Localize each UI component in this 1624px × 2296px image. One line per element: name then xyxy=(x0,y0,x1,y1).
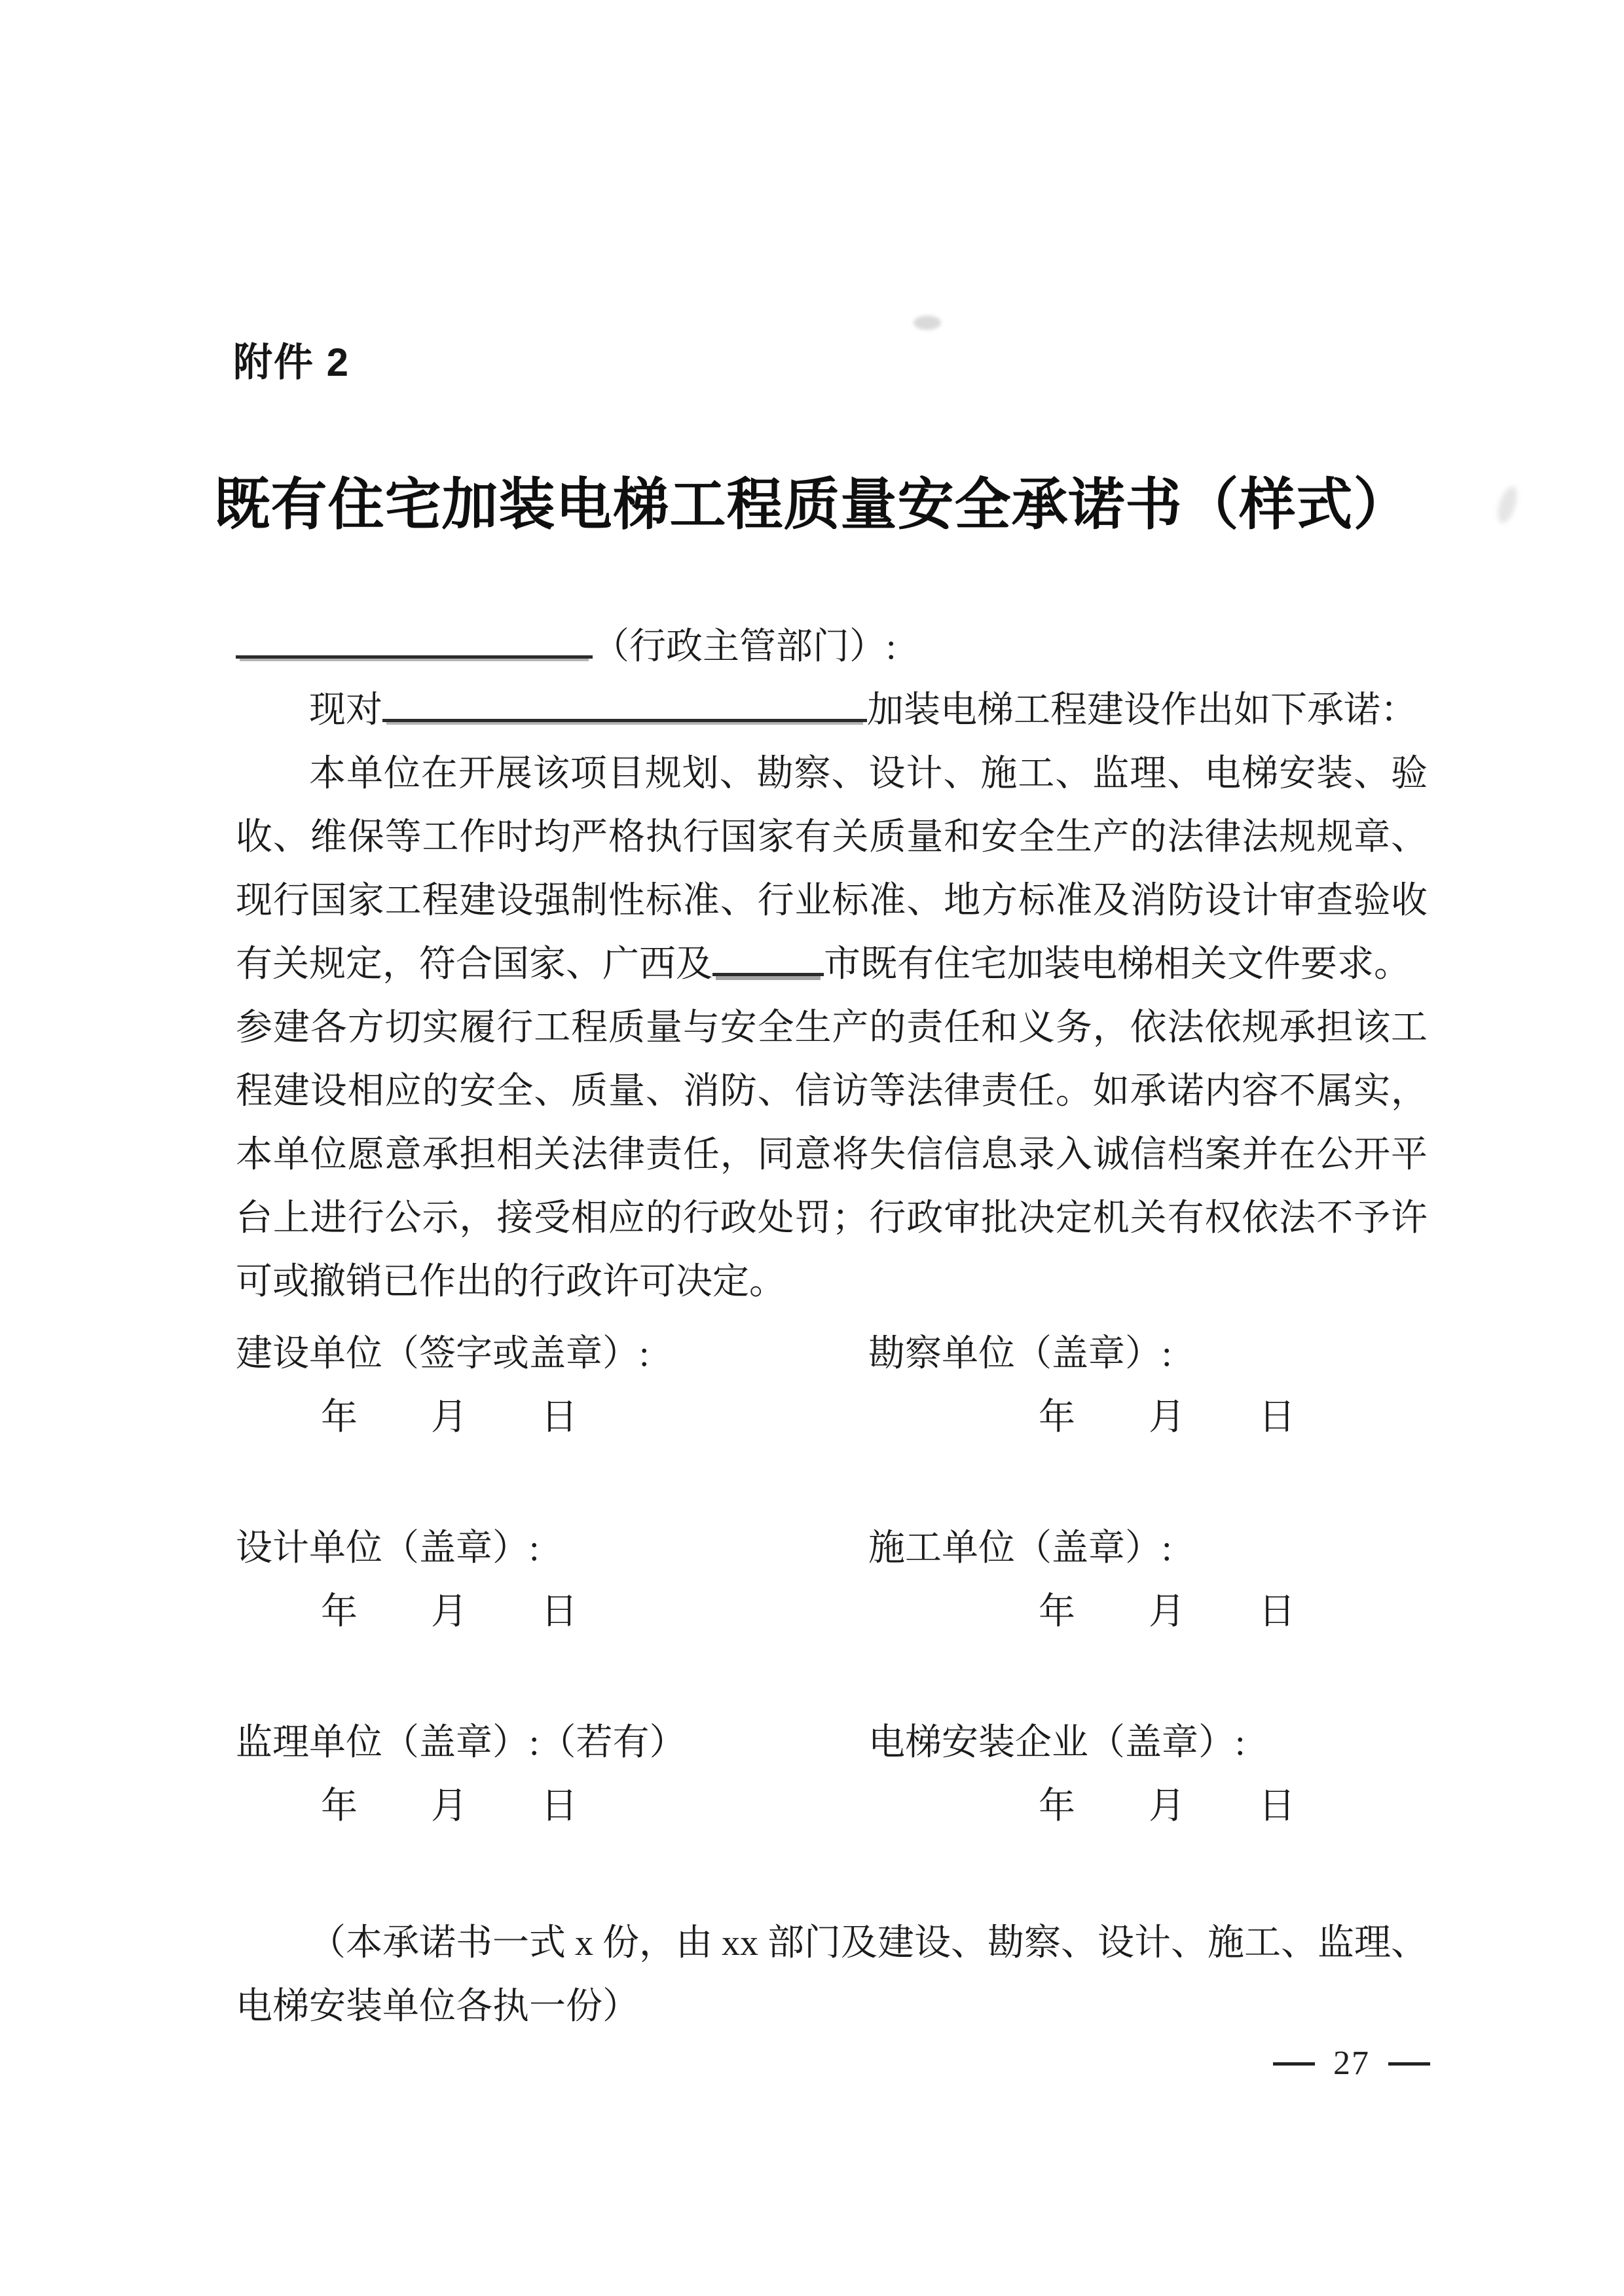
paragraph-line: 本单位在开展该项目规划、勘察、设计、施工、监理、电梯安装、验 xyxy=(236,742,1428,806)
paragraph-line: 本单位愿意承担相关法律责任，同意将失信信息录入诚信档案并在公开平 xyxy=(236,1123,1428,1187)
signature-label-row: 建设单位（签字或盖章）: 勘察单位（盖章）: xyxy=(236,1322,1428,1386)
project-name-blank-field xyxy=(382,681,867,722)
city-line-post: 市既有住宅加装电梯相关文件要求。 xyxy=(824,944,1411,985)
signature-date-row: 年 月 日 年 月 日 xyxy=(236,1386,1428,1449)
signature-block-design-builder: 设计单位（盖章）: 施工单位（盖章）: 年 月 日 年 月 日 xyxy=(236,1517,1428,1644)
signature-section: 建设单位（签字或盖章）: 勘察单位（盖章）: 年 月 日 年 月 日 设计单位（… xyxy=(236,1322,1428,1906)
signature-block-construction-survey: 建设单位（签字或盖章）: 勘察单位（盖章）: 年 月 日 年 月 日 xyxy=(236,1322,1428,1449)
commitment-line: 现对加装电梯工程建设作出如下承诺： xyxy=(236,679,1428,742)
paragraph-line: 现行国家工程建设强制性标准、行业标准、地方标准及消防设计审查验收 xyxy=(236,869,1428,933)
addressee-blank-field xyxy=(236,617,593,659)
supervision-unit-label: 监理单位（盖章）:（若有） xyxy=(236,1711,868,1775)
scan-artifact xyxy=(1494,484,1521,526)
page-number-value: 27 xyxy=(1333,2047,1370,2081)
paragraph-line: 参建各方切实履行工程质量与安全生产的责任和义务，依法依规承担该工 xyxy=(236,996,1428,1060)
elevator-installer-label: 电梯安装企业（盖章）: xyxy=(868,1711,1428,1775)
document-body: （行政主管部门）: 现对加装电梯工程建设作出如下承诺： 本单位在开展该项目规划、… xyxy=(236,615,1428,1314)
attachment-label: 附件 2 xyxy=(233,331,350,394)
commitment-prefix: 现对 xyxy=(309,690,382,731)
construction-unit-label: 建设单位（签字或盖章）: xyxy=(236,1322,868,1386)
design-unit-label: 设计单位（盖章）: xyxy=(236,1517,868,1580)
signature-block-supervision-elevator: 监理单位（盖章）:（若有） 电梯安装企业（盖章）: 年 月 日 年 月 日 xyxy=(236,1711,1428,1838)
page-number: 27 xyxy=(1273,2047,1430,2081)
signature-label-row: 监理单位（盖章）:（若有） 电梯安装企业（盖章）: xyxy=(236,1711,1428,1775)
signature-date-row: 年 月 日 年 月 日 xyxy=(236,1580,1428,1644)
paragraph-last-line: 可或撤销已作出的行政许可决定。 xyxy=(236,1250,1428,1314)
addressee-label: （行政主管部门）: xyxy=(593,627,896,667)
addressee-line: （行政主管部门）: xyxy=(236,615,1428,679)
document-page: 附件 2 既有住宅加装电梯工程质量安全承诺书（样式） （行政主管部门）: 现对加… xyxy=(0,0,1624,2296)
footer-note: （本承诺书一式 x 份，由 xx 部门及建设、勘察、设计、施工、监理、 电梯安装… xyxy=(236,1912,1428,2039)
survey-unit-label: 勘察单位（盖章）: xyxy=(868,1322,1428,1386)
document-title: 既有住宅加装电梯工程质量安全承诺书（样式） xyxy=(210,466,1414,543)
paragraph-line: 程建设相应的安全、质量、消防、信访等法律责任。如承诺内容不属实， xyxy=(236,1060,1428,1123)
footer-note-line: 电梯安装单位各执一份） xyxy=(236,1975,1428,2039)
signature-label-row: 设计单位（盖章）: 施工单位（盖章）: xyxy=(236,1517,1428,1580)
date-line: 年 月 日 xyxy=(953,1775,1428,1838)
date-line: 年 月 日 xyxy=(953,1580,1428,1644)
signature-date-row: 年 月 日 年 月 日 xyxy=(236,1775,1428,1838)
page-number-dash-icon xyxy=(1273,2062,1315,2066)
scan-artifact xyxy=(913,316,941,330)
date-line: 年 月 日 xyxy=(953,1386,1428,1449)
page-number-dash-icon xyxy=(1388,2062,1430,2066)
date-line: 年 月 日 xyxy=(236,1775,953,1838)
builder-unit-label: 施工单位（盖章）: xyxy=(868,1517,1428,1580)
paragraph-line-with-blank: 有关规定，符合国家、广西及市既有住宅加装电梯相关文件要求。 xyxy=(236,933,1428,996)
date-line: 年 月 日 xyxy=(236,1580,953,1644)
footer-note-line: （本承诺书一式 x 份，由 xx 部门及建设、勘察、设计、施工、监理、 xyxy=(236,1912,1428,1975)
city-name-blank-field xyxy=(712,935,824,976)
date-line: 年 月 日 xyxy=(236,1386,953,1449)
city-line-pre: 有关规定，符合国家、广西及 xyxy=(236,944,712,985)
commitment-suffix: 加装电梯工程建设作出如下承诺： xyxy=(867,690,1417,731)
paragraph-line: 收、维保等工作时均严格执行国家有关质量和安全生产的法律法规规章、 xyxy=(236,806,1428,869)
paragraph-line: 台上进行公示，接受相应的行政处罚；行政审批决定机关有权依法不予许 xyxy=(236,1187,1428,1250)
